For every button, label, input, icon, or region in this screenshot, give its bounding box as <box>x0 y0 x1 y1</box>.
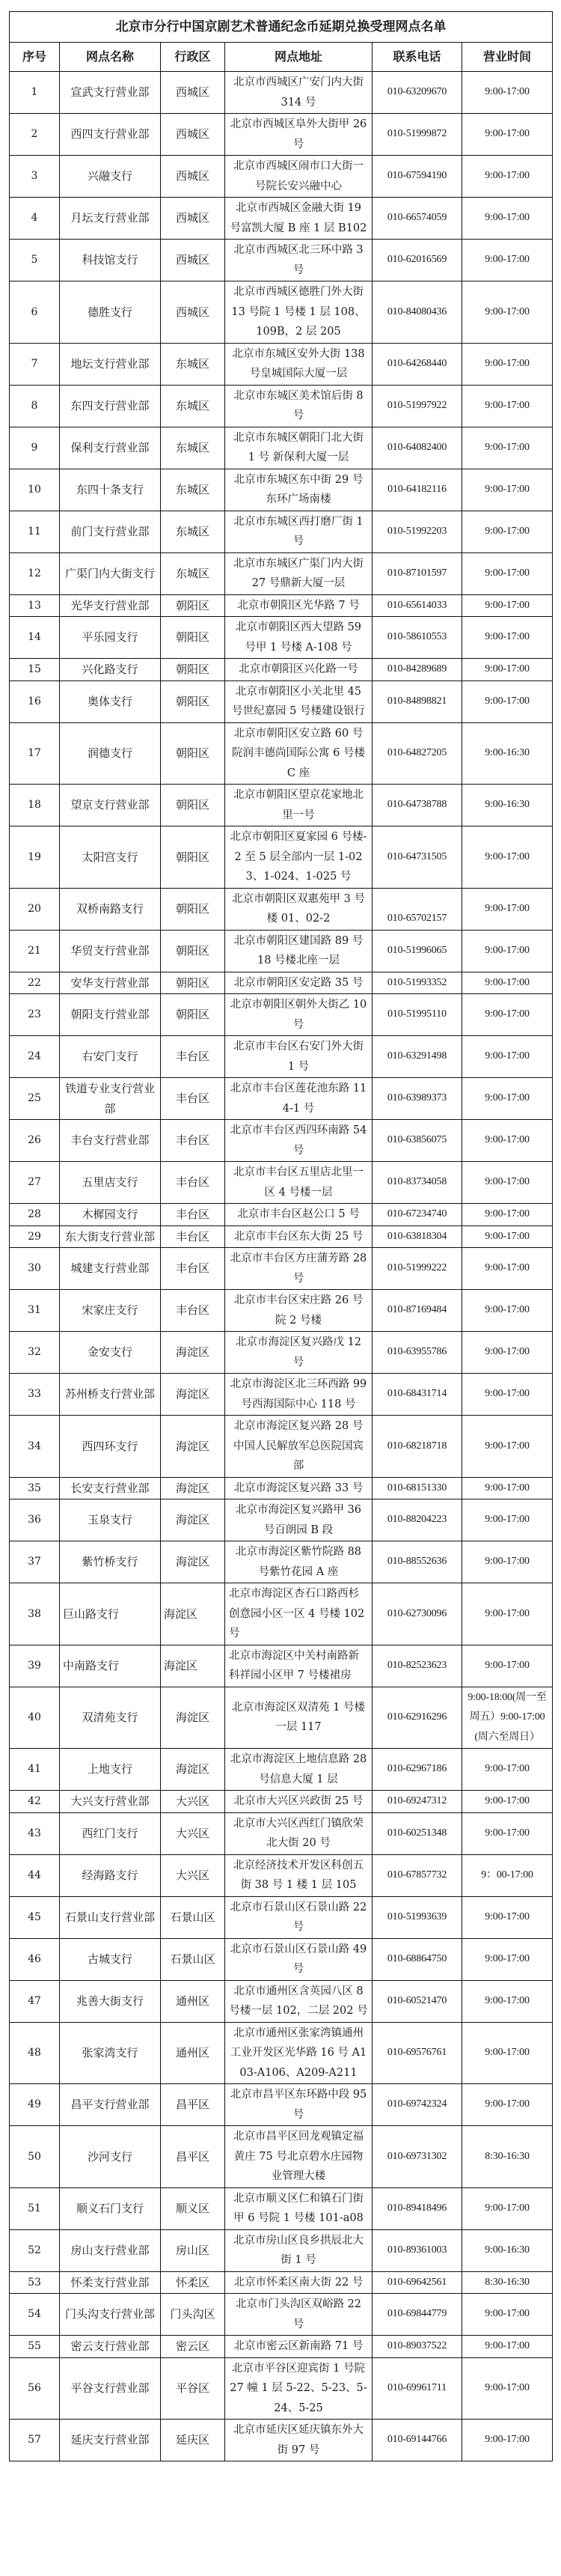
row-number: 8 <box>10 385 60 427</box>
branch-address: 北京市顺义区仁和镇石门街甲 6 号院 1 号楼 101-a08 <box>225 2187 373 2229</box>
phone-number: 010-63818304 <box>373 1225 462 1248</box>
district: 朝阳区 <box>161 659 225 681</box>
phone-number: 010-62730096 <box>373 1583 462 1645</box>
table-row: 9保利支行营业部东城区北京市东城区朝阳门北大街 1 号 新保利大厦一层010-6… <box>10 427 553 469</box>
district: 丰台区 <box>161 1204 225 1226</box>
branch-address: 北京市丰台区宋庄路 26 号院 2 号楼 <box>225 1290 373 1332</box>
phone-number: 010-87169484 <box>373 1290 462 1332</box>
table-row: 17润德支行朝阳区北京市朝阳区安立路 60 号院润丰德尚国际公寓 6 号楼 C … <box>10 722 553 785</box>
table-row: 43西红门支行大兴区北京市大兴区西红门镇欣荣北大街 20 号010-602513… <box>10 1812 553 1854</box>
row-number: 25 <box>10 1078 60 1120</box>
branch-name: 张家湾支行 <box>60 2022 161 2084</box>
district: 密云区 <box>161 2336 225 2358</box>
branch-address: 北京市平谷区迎宾街 1 号院 27 幢 1 层 5-22、5-23、5-24、5… <box>225 2357 373 2420</box>
table-row: 51顺义石门支行顺义区北京市顺义区仁和镇石门街甲 6 号院 1 号楼 101-a… <box>10 2187 553 2229</box>
table-row: 40双清苑支行海淀区北京市海淀区双清苑 1 号楼一层 117010-629162… <box>10 1687 553 1749</box>
district: 海淀区 <box>161 1477 225 1499</box>
table-row: 30城建支行营业部丰台区北京市丰台区方庄蒲芳路 28 号010-51999222… <box>10 1248 553 1290</box>
branch-name: 巨山路支行 <box>60 1583 161 1645</box>
phone-number: 010-68218718 <box>373 1416 462 1478</box>
header-row: 序号 网点名称 行政区 网点地址 联系电话 营业时间 <box>10 43 553 72</box>
table-row: 14平乐园支行朝阳区北京市朝阳区西大望路 59 号甲 1 号楼 A-108 号0… <box>10 617 553 659</box>
branch-address: 北京市朝阳区望京花家地北里一号 <box>225 785 373 826</box>
branch-address: 北京市大兴区西红门镇欣荣北大街 20 号 <box>225 1812 373 1854</box>
business-hours: 9:00-17:00 <box>462 1749 553 1791</box>
branch-name: 西四支行营业部 <box>60 114 161 156</box>
phone-number: 010-51999222 <box>373 1248 462 1290</box>
branch-address: 北京市海淀区复兴路 33 号 <box>225 1477 373 1499</box>
branch-name: 丰台支行营业部 <box>60 1120 161 1162</box>
column-header-district: 行政区 <box>161 43 225 72</box>
branch-address: 北京市丰台区方庄蒲芳路 28 号 <box>225 1248 373 1290</box>
business-hours: 9:00-17:00 <box>462 2084 553 2126</box>
business-hours: 9:00-17:00 <box>462 240 553 281</box>
district: 顺义区 <box>161 2187 225 2229</box>
phone-number: 010-89418496 <box>373 2187 462 2229</box>
row-number: 16 <box>10 680 60 722</box>
branch-address: 北京市朝阳区朝外大街乙 10 号 <box>225 994 373 1036</box>
district: 海淀区 <box>161 1749 225 1791</box>
row-number: 45 <box>10 1896 60 1938</box>
business-hours: 9:00-17:00 <box>462 1374 553 1416</box>
branch-address: 北京市昌平区东环路中段 95 号 <box>225 2084 373 2126</box>
district: 丰台区 <box>161 1078 225 1120</box>
district: 丰台区 <box>161 1120 225 1162</box>
branch-name: 右安门支行 <box>60 1036 161 1078</box>
row-number: 43 <box>10 1812 60 1854</box>
business-hours: 9:00-17:00 <box>462 281 553 344</box>
district: 房山区 <box>161 2229 225 2271</box>
business-hours: 9:00-17:00 <box>462 930 553 972</box>
branch-name: 兴融支行 <box>60 156 161 198</box>
phone-number: 010-89361003 <box>373 2229 462 2271</box>
branch-name: 平谷支行营业部 <box>60 2357 161 2420</box>
business-hours: 9:00-17:00 <box>462 552 553 594</box>
branch-name: 昌平支行营业部 <box>60 2084 161 2126</box>
branch-name: 双桥南路支行 <box>60 888 161 930</box>
branch-address: 北京市海淀区复兴路戊 12 号 <box>225 1332 373 1374</box>
district: 东城区 <box>161 511 225 552</box>
phone-number: 010-84080436 <box>373 281 462 344</box>
row-number: 31 <box>10 1290 60 1332</box>
phone-number: 010-64738788 <box>373 785 462 826</box>
branch-address: 北京市朝阳区小关北里 45 号世纪嘉园 5 号楼建设银行 <box>225 680 373 722</box>
table-row: 20双桥南路支行朝阳区北京市朝阳区双惠苑甲 3 号楼 01、02-2010-65… <box>10 888 553 930</box>
branch-address: 北京市海淀区紫竹院路 88 号紫竹花园 A 座 <box>225 1541 373 1583</box>
row-number: 22 <box>10 972 60 994</box>
district: 大兴区 <box>161 1854 225 1896</box>
district: 丰台区 <box>161 1036 225 1078</box>
table-row: 7地坛支行营业部东城区北京市东城区安外大街 138 号皇城国际大厦一层010-6… <box>10 343 553 385</box>
district: 海淀区 <box>161 1374 225 1416</box>
business-hours: 9:00-17:00 <box>462 1938 553 1980</box>
branch-address: 北京市西城区闹市口大街一号院长安兴融中心 <box>225 156 373 198</box>
table-row: 45石景山支行营业部石景山区北京市石景山区石景山路 22 号010-519936… <box>10 1896 553 1938</box>
branch-name: 古城支行 <box>60 1938 161 1980</box>
branch-address: 北京市石景山区石景山路 22 号 <box>225 1896 373 1938</box>
branch-name: 东四支行营业部 <box>60 385 161 427</box>
phone-number: 010-64268440 <box>373 343 462 385</box>
business-hours: 9:00-17:00 <box>462 385 553 427</box>
table-row: 12广渠门内大街支行东城区北京市东城区广渠门内大街 27 号鼎新大厦一层010-… <box>10 552 553 594</box>
phone-number: 010-60521470 <box>373 1980 462 2022</box>
branch-address: 北京市丰台区右安门外大街 1 号 <box>225 1036 373 1078</box>
branch-name: 月坛支行营业部 <box>60 198 161 240</box>
table-row: 41上地支行海淀区北京市海淀区上地信息路 28 号信息大厦 1 层010-629… <box>10 1749 553 1791</box>
phone-number: 010-51997922 <box>373 385 462 427</box>
district: 通州区 <box>161 1980 225 2022</box>
phone-number: 010-65702157 <box>373 888 462 930</box>
branch-name: 朝阳支行营业部 <box>60 994 161 1036</box>
business-hours: 9:00-17:00 <box>462 1036 553 1078</box>
district: 石景山区 <box>161 1938 225 1980</box>
district: 朝阳区 <box>161 994 225 1036</box>
phone-number: 010-63955786 <box>373 1332 462 1374</box>
table-row: 54门头沟支行营业部门头沟区北京市门头沟区双峪路 22 号010-6984477… <box>10 2294 553 2336</box>
district: 丰台区 <box>161 1248 225 1290</box>
row-number: 9 <box>10 427 60 469</box>
district: 东城区 <box>161 552 225 594</box>
branch-name: 铁道专业支行营业部 <box>60 1078 161 1120</box>
title-row: 北京市分行中国京剧艺术普通纪念币延期兑换受理网点名单 <box>10 12 553 43</box>
table-row: 31宋家庄支行丰台区北京市丰台区宋庄路 26 号院 2 号楼010-871694… <box>10 1290 553 1332</box>
table-row: 1宣武支行营业部西城区北京市西城区广安门内大街 314 号010-6320967… <box>10 72 553 114</box>
row-number: 48 <box>10 2022 60 2084</box>
table-row: 25铁道专业支行营业部丰台区北京市丰台区莲花池东路 114-1 号010-639… <box>10 1078 553 1120</box>
branch-name: 门头沟支行营业部 <box>60 2294 161 2336</box>
business-hours: 9:00-17:00 <box>462 198 553 240</box>
table-row: 37紫竹桥支行海淀区北京市海淀区紫竹院路 88 号紫竹花园 A 座010-885… <box>10 1541 553 1583</box>
branch-address: 北京市西城区北三环中路 3 号 <box>225 240 373 281</box>
business-hours: 9:00-17:00 <box>462 1120 553 1162</box>
branch-name: 光华支行营业部 <box>60 594 161 617</box>
business-hours: 9:00-17:00 <box>462 1290 553 1332</box>
table-row: 3兴融支行西城区北京市西城区闹市口大街一号院长安兴融中心010-67594190… <box>10 156 553 198</box>
row-number: 10 <box>10 469 60 511</box>
table-row: 29东大街支行营业部丰台区北京市丰台区东大街 25 号010-638183049… <box>10 1225 553 1248</box>
district: 昌平区 <box>161 2126 225 2188</box>
row-number: 2 <box>10 114 60 156</box>
phone-number: 010-69144766 <box>373 2420 462 2461</box>
table-row: 21华贸支行营业部朝阳区北京市朝阳区建国路 89 号 18 号楼北座一层010-… <box>10 930 553 972</box>
branch-name: 东大街支行营业部 <box>60 1225 161 1248</box>
phone-number: 010-64082400 <box>373 427 462 469</box>
branch-address: 北京市东城区安外大街 138 号皇城国际大厦一层 <box>225 343 373 385</box>
business-hours: 9:00-16:30 <box>462 785 553 826</box>
table-row: 8东四支行营业部东城区北京市东城区美术馆后街 8 号010-519979229:… <box>10 385 553 427</box>
table-row: 46古城支行石景山区北京市石景山区石景山路 49 号010-688647509:… <box>10 1938 553 1980</box>
phone-number: 010-58610553 <box>373 617 462 659</box>
row-number: 11 <box>10 511 60 552</box>
table-row: 5科技馆支行西城区北京市西城区北三环中路 3 号010-620165699:00… <box>10 240 553 281</box>
business-hours: 9:00-17:00 <box>462 1896 553 1938</box>
business-hours: 9:00-17:00 <box>462 343 553 385</box>
branch-address: 北京市朝阳区建国路 89 号 18 号楼北座一层 <box>225 930 373 972</box>
row-number: 39 <box>10 1645 60 1687</box>
table-row: 28木樨园支行丰台区北京市丰台区赵公口 5 号010-672347409:00-… <box>10 1204 553 1226</box>
table-row: 50沙河支行昌平区北京市昌平区回龙观镇定福黄庄 75 号北京碧水庄园物业管理大楼… <box>10 2126 553 2188</box>
phone-number: 010-51995110 <box>373 994 462 1036</box>
row-number: 28 <box>10 1204 60 1226</box>
phone-number: 010-67234740 <box>373 1204 462 1226</box>
district: 海淀区 <box>161 1541 225 1583</box>
branch-address: 北京市朝阳区夏家园 6 号楼-2 至 5 层全部内一层 1-023、1-024、… <box>225 826 373 889</box>
row-number: 13 <box>10 594 60 617</box>
branch-address: 北京市大兴区兴政街 25 号 <box>225 1791 373 1813</box>
branch-address: 北京市通州区含英园八区 8 号楼一层 102，二层 202 号 <box>225 1980 373 2022</box>
branch-name: 长安支行营业部 <box>60 1477 161 1499</box>
branch-name: 经海路支行 <box>60 1854 161 1896</box>
district: 门头沟区 <box>161 2294 225 2336</box>
district: 丰台区 <box>161 1162 225 1204</box>
table-row: 56平谷支行营业部平谷区北京市平谷区迎宾街 1 号院 27 幢 1 层 5-22… <box>10 2357 553 2420</box>
business-hours: 9:00-17:00 <box>462 1332 553 1374</box>
branch-name: 前门支行营业部 <box>60 511 161 552</box>
branch-name: 兆善大街支行 <box>60 1980 161 2022</box>
business-hours: 9:00-17:00 <box>462 1791 553 1813</box>
table-row: 24右安门支行丰台区北京市丰台区右安门外大街 1 号010-632914989:… <box>10 1036 553 1078</box>
business-hours: 9:00-17:00 <box>462 427 553 469</box>
district: 平谷区 <box>161 2357 225 2420</box>
phone-number: 010-69247312 <box>373 1791 462 1813</box>
row-number: 20 <box>10 888 60 930</box>
row-number: 42 <box>10 1791 60 1813</box>
phone-number: 010-51992203 <box>373 511 462 552</box>
table-row: 22安华支行营业部朝阳区北京市朝阳区安定路 35 号010-519933529:… <box>10 972 553 994</box>
row-number: 51 <box>10 2187 60 2229</box>
phone-number: 010-64827205 <box>373 722 462 785</box>
column-header-address: 网点地址 <box>225 43 373 72</box>
phone-number: 010-69731302 <box>373 2126 462 2188</box>
branch-name: 西红门支行 <box>60 1812 161 1854</box>
row-number: 14 <box>10 617 60 659</box>
branch-name: 沙河支行 <box>60 2126 161 2188</box>
branch-address: 北京市朝阳区西大望路 59 号甲 1 号楼 A-108 号 <box>225 617 373 659</box>
district: 朝阳区 <box>161 972 225 994</box>
branch-address: 北京市西城区金融大街 19 号富凯大厦 B 座 1 层 B102 <box>225 198 373 240</box>
table-row: 57延庆支行营业部延庆区北京市延庆区延庆镇东外大街 97 号010-691447… <box>10 2420 553 2461</box>
branch-address: 北京市东城区广渠门内大街 27 号鼎新大厦一层 <box>225 552 373 594</box>
branch-name: 地坛支行营业部 <box>60 343 161 385</box>
district: 西城区 <box>161 156 225 198</box>
branch-name: 苏州桥支行营业部 <box>60 1374 161 1416</box>
branch-address: 北京市怀柔区南大街 22 号 <box>225 2271 373 2294</box>
branch-address: 北京市通州区张家湾镇通州工业开发区光华路 16 号 A103-A106、A209… <box>225 2022 373 2084</box>
business-hours: 9:00-18:00(周一至周五）9:00-17:00(周六至周日） <box>462 1687 553 1749</box>
branch-name: 城建支行营业部 <box>60 1248 161 1290</box>
branch-table: 北京市分行中国京剧艺术普通纪念币延期兑换受理网点名单 序号 网点名称 行政区 网… <box>9 11 553 2461</box>
row-number: 44 <box>10 1854 60 1896</box>
district: 朝阳区 <box>161 785 225 826</box>
branch-address: 北京市海淀区中关村南路新科祥园小区甲 7 号楼裙房 <box>225 1645 373 1687</box>
row-number: 29 <box>10 1225 60 1248</box>
row-number: 33 <box>10 1374 60 1416</box>
branch-address: 北京市东城区美术馆后街 8 号 <box>225 385 373 427</box>
phone-number: 010-69742324 <box>373 2084 462 2126</box>
district: 朝阳区 <box>161 826 225 889</box>
business-hours: 9:00-17:00 <box>462 1225 553 1248</box>
district: 朝阳区 <box>161 594 225 617</box>
business-hours: 9:00-16:30 <box>462 2229 553 2271</box>
district: 海淀区 <box>161 1645 225 1687</box>
branch-address: 北京市海淀区北三环西路 99 号西海国际中心 118 号 <box>225 1374 373 1416</box>
document-title: 北京市分行中国京剧艺术普通纪念币延期兑换受理网点名单 <box>10 12 553 43</box>
branch-name: 广渠门内大街支行 <box>60 552 161 594</box>
district: 西城区 <box>161 198 225 240</box>
row-number: 7 <box>10 343 60 385</box>
district: 西城区 <box>161 281 225 344</box>
branch-address: 北京市密云区新南路 71 号 <box>225 2336 373 2358</box>
district: 东城区 <box>161 469 225 511</box>
branch-name: 顺义石门支行 <box>60 2187 161 2229</box>
branch-name: 密云支行营业部 <box>60 2336 161 2358</box>
table-row: 6德胜支行西城区北京市西城区德胜门外大街 13 号院 1 号楼 1 层 108、… <box>10 281 553 344</box>
phone-number: 010-82523623 <box>373 1645 462 1687</box>
phone-number: 010-51996065 <box>373 930 462 972</box>
column-header-number: 序号 <box>10 43 60 72</box>
row-number: 49 <box>10 2084 60 2126</box>
row-number: 54 <box>10 2294 60 2336</box>
phone-number: 010-87101597 <box>373 552 462 594</box>
row-number: 15 <box>10 659 60 681</box>
branch-name: 奥体支行 <box>60 680 161 722</box>
business-hours: 9:00-17:00 <box>462 1162 553 1204</box>
branch-name: 安华支行营业部 <box>60 972 161 994</box>
phone-number: 010-83734058 <box>373 1162 462 1204</box>
district: 海淀区 <box>161 1332 225 1374</box>
business-hours: 9:00-17:00 <box>462 1416 553 1478</box>
business-hours: 9:00-17:00 <box>462 659 553 681</box>
row-number: 36 <box>10 1499 60 1541</box>
district: 朝阳区 <box>161 930 225 972</box>
phone-number: 010-68151330 <box>373 1477 462 1499</box>
table-body: 1宣武支行营业部西城区北京市西城区广安门内大街 314 号010-6320967… <box>10 72 553 2461</box>
branch-name: 兴化路支行 <box>60 659 161 681</box>
branch-name: 玉泉支行 <box>60 1499 161 1541</box>
district: 海淀区 <box>161 1499 225 1541</box>
business-hours: 9:00-17:00 <box>462 594 553 617</box>
branch-name: 宣武支行营业部 <box>60 72 161 114</box>
row-number: 3 <box>10 156 60 198</box>
phone-number: 010-69844779 <box>373 2294 462 2336</box>
row-number: 53 <box>10 2271 60 2294</box>
branch-address: 北京市石景山区石景山路 49 号 <box>225 1938 373 1980</box>
row-number: 4 <box>10 198 60 240</box>
branch-list-document: 北京市分行中国京剧艺术普通纪念币延期兑换受理网点名单 序号 网点名称 行政区 网… <box>9 11 552 2461</box>
table-row: 52房山支行营业部房山区北京市房山区良乡拱辰北大街 1 号010-8936100… <box>10 2229 553 2271</box>
business-hours: 9:00-17:00 <box>462 972 553 994</box>
branch-name: 科技馆支行 <box>60 240 161 281</box>
district: 昌平区 <box>161 2084 225 2126</box>
district: 东城区 <box>161 385 225 427</box>
phone-number: 010-63291498 <box>373 1036 462 1078</box>
row-number: 41 <box>10 1749 60 1791</box>
phone-number: 010-62916296 <box>373 1687 462 1749</box>
row-number: 19 <box>10 826 60 889</box>
row-number: 1 <box>10 72 60 114</box>
table-row: 11前门支行营业部东城区北京市东城区西打磨厂街 1 号010-519922039… <box>10 511 553 552</box>
district: 怀柔区 <box>161 2271 225 2294</box>
branch-address: 北京市海淀区复兴路甲 36 号百朗园 B 段 <box>225 1499 373 1541</box>
table-row: 23朝阳支行营业部朝阳区北京市朝阳区朝外大街乙 10 号010-51995110… <box>10 994 553 1036</box>
district: 大兴区 <box>161 1791 225 1813</box>
row-number: 35 <box>10 1477 60 1499</box>
phone-number: 010-65614033 <box>373 594 462 617</box>
branch-address: 北京市朝阳区兴化路一号 <box>225 659 373 681</box>
branch-name: 紫竹桥支行 <box>60 1541 161 1583</box>
branch-address: 北京经济技术开发区科创五街 38 号 1 楼 1 层 105 <box>225 1854 373 1896</box>
branch-address: 北京市海淀区上地信息路 28 号信息大厦 1 层 <box>225 1749 373 1791</box>
table-row: 35长安支行营业部海淀区北京市海淀区复兴路 33 号010-681513309:… <box>10 1477 553 1499</box>
phone-number: 010-51993639 <box>373 1896 462 1938</box>
business-hours: 9:00-17:00 <box>462 1812 553 1854</box>
branch-address: 北京市东城区西打磨厂街 1 号 <box>225 511 373 552</box>
business-hours: 9：00-17:00 <box>462 1854 553 1896</box>
branch-name: 房山支行营业部 <box>60 2229 161 2271</box>
branch-name: 怀柔支行营业部 <box>60 2271 161 2294</box>
table-row: 39中南路支行海淀区北京市海淀区中关村南路新科祥园小区甲 7 号楼裙房010-8… <box>10 1645 553 1687</box>
branch-address: 北京市丰台区五里店北里一区 4 号楼一层 <box>225 1162 373 1204</box>
district: 石景山区 <box>161 1896 225 1938</box>
table-row: 48张家湾支行通州区北京市通州区张家湾镇通州工业开发区光华路 16 号 A103… <box>10 2022 553 2084</box>
branch-name: 保利支行营业部 <box>60 427 161 469</box>
phone-number: 010-64731505 <box>373 826 462 889</box>
table-row: 10东四十条支行东城区北京市东城区东中街 29 号东环广场南楼010-64182… <box>10 469 553 511</box>
business-hours: 9:00-17:00 <box>462 2022 553 2084</box>
district: 延庆区 <box>161 2420 225 2461</box>
column-header-branch-name: 网点名称 <box>60 43 161 72</box>
row-number: 24 <box>10 1036 60 1078</box>
branch-address: 北京市朝阳区安立路 60 号院润丰德尚国际公寓 6 号楼 C 座 <box>225 722 373 785</box>
business-hours: 9:00-17:00 <box>462 114 553 156</box>
phone-number: 010-68431714 <box>373 1374 462 1416</box>
branch-address: 北京市海淀区双清苑 1 号楼一层 117 <box>225 1687 373 1749</box>
table-row: 44经海路支行大兴区北京经济技术开发区科创五街 38 号 1 楼 1 层 105… <box>10 1854 553 1896</box>
table-row: 34西四环支行海淀区北京市海淀区复兴路 28 号中国人民解放军总医院国宾部010… <box>10 1416 553 1478</box>
branch-address: 北京市门头沟区双峪路 22 号 <box>225 2294 373 2336</box>
district: 西城区 <box>161 240 225 281</box>
branch-name: 华贸支行营业部 <box>60 930 161 972</box>
row-number: 5 <box>10 240 60 281</box>
phone-number: 010-51993352 <box>373 972 462 994</box>
row-number: 30 <box>10 1248 60 1290</box>
branch-address: 北京市西城区广安门内大街 314 号 <box>225 72 373 114</box>
district: 海淀区 <box>161 1687 225 1749</box>
business-hours: 9:00-17:00 <box>462 1541 553 1583</box>
business-hours: 9:00-17:00 <box>462 2187 553 2229</box>
row-number: 27 <box>10 1162 60 1204</box>
phone-number: 010-84898821 <box>373 680 462 722</box>
business-hours: 9:00-17:00 <box>462 1204 553 1226</box>
branch-name: 石景山支行营业部 <box>60 1896 161 1938</box>
branch-name: 润德支行 <box>60 722 161 785</box>
phone-number: 010-51999872 <box>373 114 462 156</box>
phone-number: 010-64182116 <box>373 469 462 511</box>
phone-number: 010-66574059 <box>373 198 462 240</box>
business-hours: 9:00-17:00 <box>462 1477 553 1499</box>
business-hours: 9:00-17:00 <box>462 680 553 722</box>
phone-number: 010-69576761 <box>373 2022 462 2084</box>
phone-number: 010-89037522 <box>373 2336 462 2358</box>
table-row: 18望京支行营业部朝阳区北京市朝阳区望京花家地北里一号010-647387889… <box>10 785 553 826</box>
branch-address: 北京市丰台区西四环南路 54 号 <box>225 1120 373 1162</box>
phone-number: 010-69642561 <box>373 2271 462 2294</box>
row-number: 18 <box>10 785 60 826</box>
district: 朝阳区 <box>161 617 225 659</box>
table-row: 38巨山路支行海淀区北京市海淀区杏石口路西杉创意园小区一区 4 号楼 102 号… <box>10 1583 553 1645</box>
phone-number: 010-62967186 <box>373 1749 462 1791</box>
table-row: 55密云支行营业部密云区北京市密云区新南路 71 号010-890375229:… <box>10 2336 553 2358</box>
